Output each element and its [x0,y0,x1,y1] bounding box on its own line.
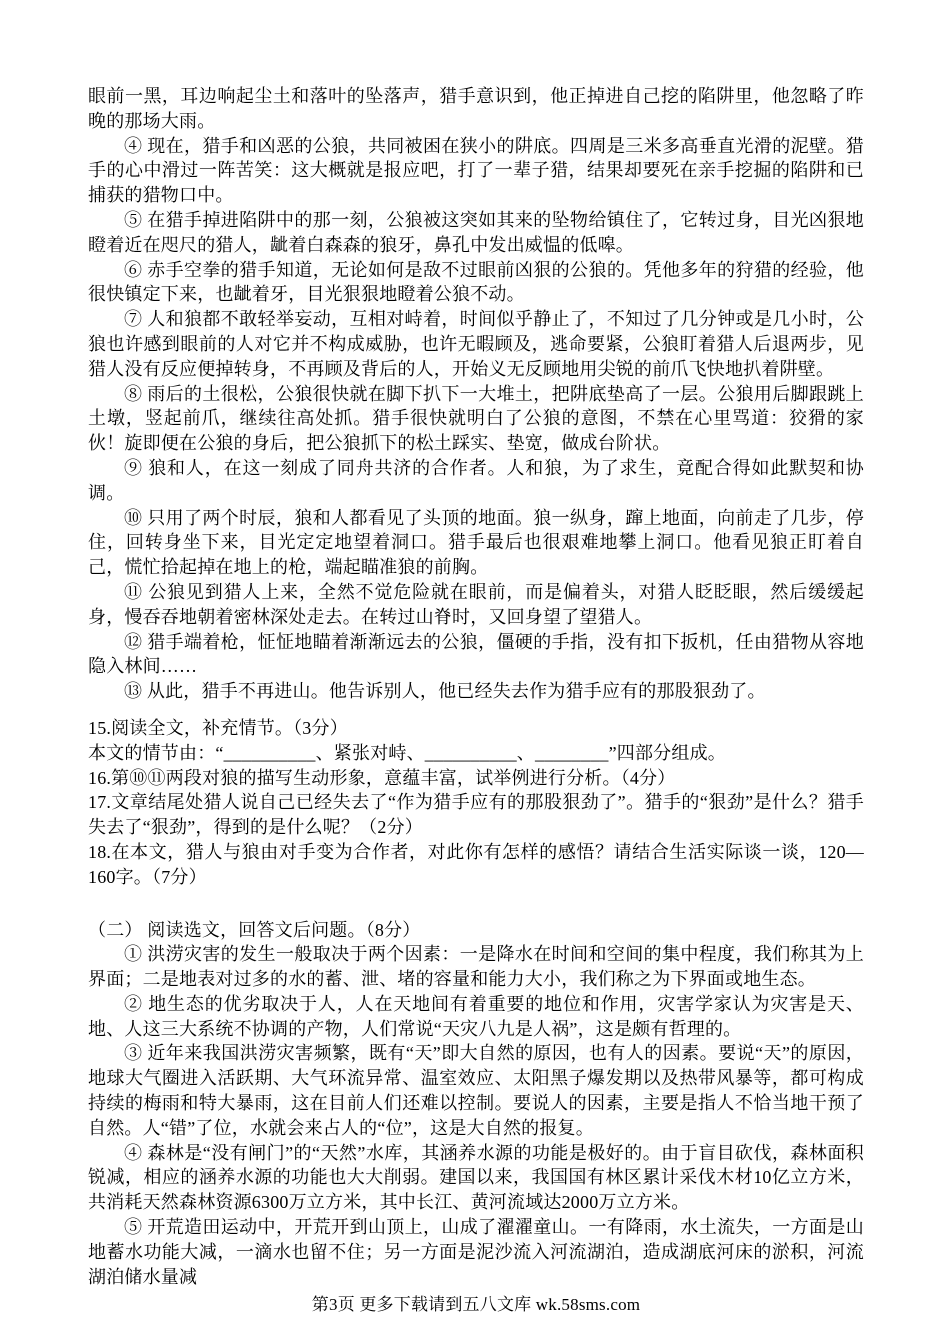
story-paragraph-10: ⑩ 只用了两个时辰，狼和人都看见了头顶的地面。狼一纵身，蹿上地面，向前走了几步，… [88,506,864,580]
text-blocks: 眼前一黑，耳边响起尘土和落叶的坠落声，猎手意识到，他正掉进自己挖的陷阱里，他忽略… [88,84,864,1289]
story-paragraph-4: ④ 现在，猎手和凶恶的公狼，共同被困在狭小的阱底。四周是三米多高垂直光滑的泥壁。… [88,134,864,208]
story-paragraph-8: ⑧ 雨后的土很松，公狼很快就在脚下扒下一大堆土，把阱底垫高了一层。公狼用后脚跟跳… [88,382,864,456]
story-paragraph-7: ⑦ 人和狼都不敢轻举妄动，互相对峙着，时间似乎静止了，不知过了几分钟或是几小时，… [88,307,864,381]
essay-paragraph-4: ④ 森林是“没有闸门”的“天然”水库，其涵养水源的功能是极好的。由于盲目砍伐，森… [88,1141,864,1215]
story-paragraph-5: ⑤ 在猎手掉进陷阱中的那一刻，公狼被这突如其来的坠物给镇住了，它转过身，目光凶狠… [88,208,864,258]
story-paragraph-6: ⑥ 赤手空拳的猎手知道，无论如何是敌不过眼前凶狠的公狼的。凭他多年的狩猎的经验，… [88,258,864,308]
essay-paragraph-1: ① 洪涝灾害的发生一般取决于两个因素：一是降水在时间和空间的集中程度，我们称其为… [88,942,864,992]
continuation-paragraph: 眼前一黑，耳边响起尘土和落叶的坠落声，猎手意识到，他正掉进自己挖的陷阱里，他忽略… [88,84,864,134]
question-18: 18.在本文，猎人与狼由对手变为合作者，对此你有怎样的感悟？请结合生活实际谈一谈… [88,840,864,890]
section-two-heading: （二） 阅读选文，回答文后问题。（8分） [88,918,864,943]
question-15: 15.阅读全文，补充情节。（3分） [88,716,864,741]
essay-paragraph-5: ⑤ 开荒造田运动中，开荒开到山顶上，山成了濯濯童山。一有降雨，水土流失，一方面是… [88,1215,864,1289]
question-17: 17.文章结尾处猎人说自己已经失去了“作为猎手应有的那股狠劲了”。猎手的“狠劲”… [88,790,864,840]
question-16: 16.第⑩⑪两段对狼的描写生动形象，意蕴丰富，试举例进行分析。（4分） [88,766,864,791]
essay-paragraph-2: ② 地生态的优劣取决于人，人在天地间有着重要的地位和作用，灾害学家认为灾害是天、… [88,992,864,1042]
story-paragraph-11: ⑪ 公狼见到猎人上来，全然不觉危险就在眼前，而是偏着头，对猎人眨眨眼，然后缓缓起… [88,580,864,630]
story-paragraph-12: ⑫ 猎手端着枪，怔怔地瞄着渐渐远去的公狼，僵硬的手指，没有扣下扳机，任由猎物从容… [88,630,864,680]
story-paragraph-9: ⑨ 狼和人，在这一刻成了同舟共济的合作者。人和狼，为了求生，竟配合得如此默契和协… [88,456,864,506]
question-15-fill-blank: 本文的情节由：“__________、紧张对峙、__________、_____… [88,741,864,766]
essay-paragraph-3: ③ 近年来我国洪涝灾害频繁，既有“天”即大自然的原因，也有人的因素。要说“天”的… [88,1041,864,1140]
page-footer: 第3页 更多下载请到五八文库 wk.58sms.com [88,1293,864,1318]
exam-page: 眼前一黑，耳边响起尘土和落叶的坠落声，猎手意识到，他正掉进自己挖的陷阱里，他忽略… [0,0,950,1344]
story-paragraph-13: ⑬ 从此，猎手不再进山。他告诉别人，他已经失去作为猎手应有的那股狠劲了。 [88,679,864,704]
document-body: 眼前一黑，耳边响起尘土和落叶的坠落声，猎手意识到，他正掉进自己挖的陷阱里，他忽略… [88,84,864,1318]
